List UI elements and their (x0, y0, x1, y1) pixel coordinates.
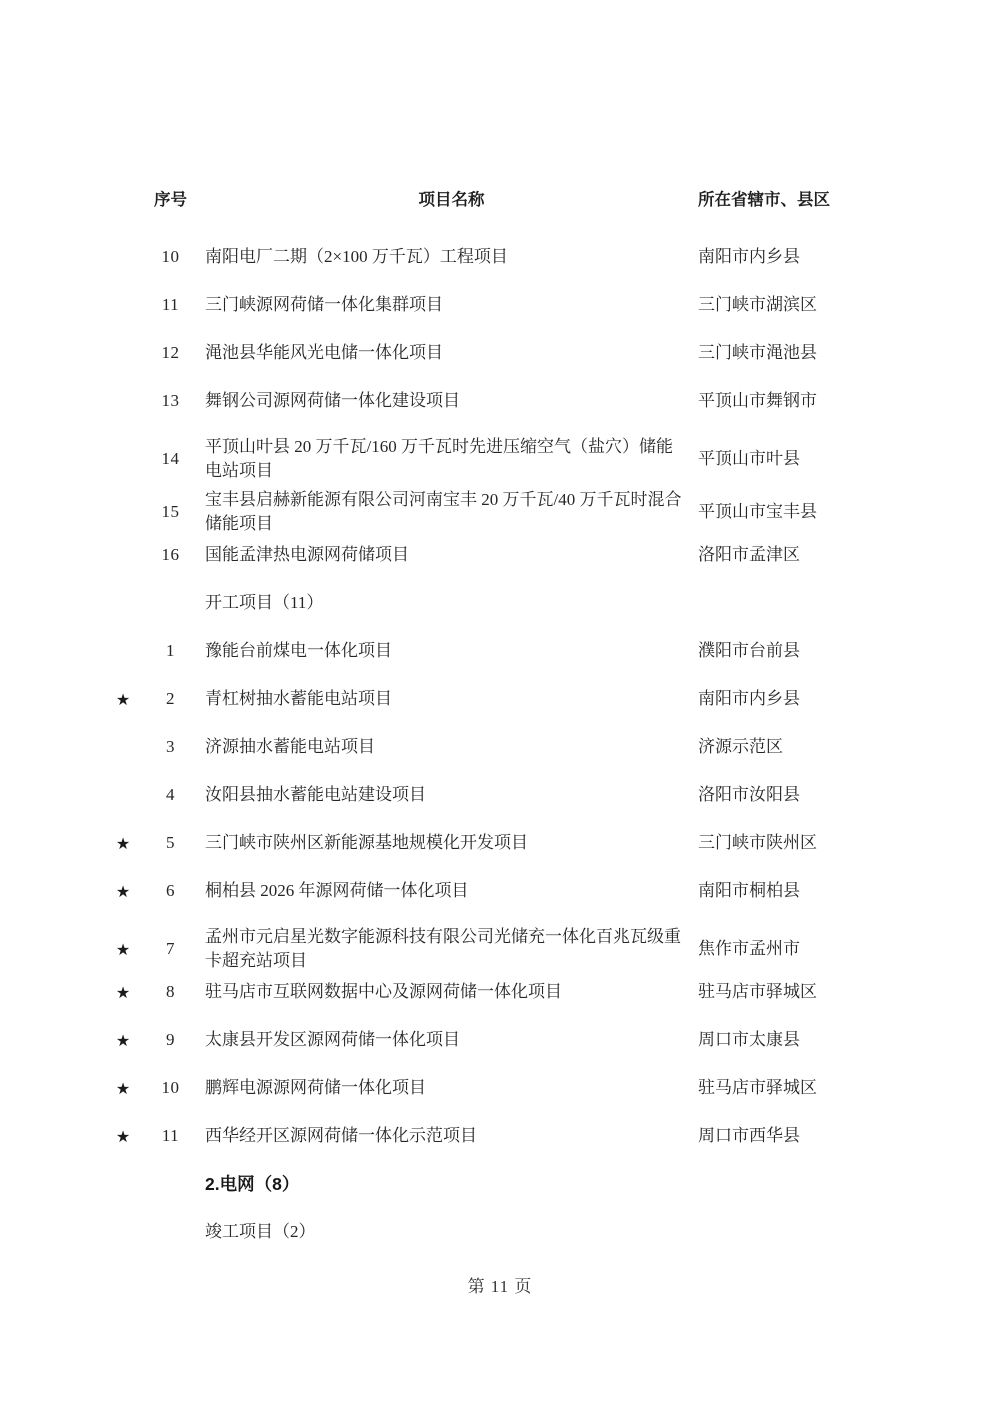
row-index: 14 (143, 449, 198, 469)
project-location: 南阳市内乡县 (698, 687, 905, 711)
project-location: 濮阳市台前县 (698, 639, 905, 663)
row-index: 15 (143, 502, 198, 522)
row-index: 2 (143, 689, 198, 709)
table-row: ★ 9 太康县开发区源网荷储一体化项目 周口市太康县 (103, 1026, 905, 1054)
project-name: 南阳电厂二期（2×100 万千瓦）工程项目 (198, 245, 698, 269)
table-row: ★ 8 驻马店市互联网数据中心及源网荷储一体化项目 驻马店市驿城区 (103, 978, 905, 1006)
row-index: 8 (143, 982, 198, 1002)
document-page: 序号 项目名称 所在省辖市、县区 10 南阳电厂二期（2×100 万千瓦）工程项… (0, 0, 1000, 1414)
project-name: 国能孟津热电源网荷储项目 (198, 543, 698, 567)
table-row: 14 平顶山叶县 20 万千瓦/160 万千瓦时先进压缩空气（盐穴）储能电站项目… (103, 435, 905, 483)
header-location: 所在省辖市、县区 (698, 186, 905, 210)
project-location: 平顶山市叶县 (698, 447, 905, 471)
row-index: 13 (143, 391, 198, 411)
row-index: 3 (143, 737, 198, 757)
project-name: 孟州市元启星光数字能源科技有限公司光储充一体化百兆瓦级重卡超充站项目 (198, 925, 698, 973)
page-footer: 第 11 页 (0, 1272, 1000, 1297)
project-location: 三门峡市渑池县 (698, 341, 905, 365)
table-row: 1 豫能台前煤电一体化项目 濮阳市台前县 (103, 637, 905, 665)
project-name: 宝丰县启赫新能源有限公司河南宝丰 20 万千瓦/40 万千瓦时混合储能项目 (198, 488, 698, 536)
row-index: 16 (143, 545, 198, 565)
project-name: 豫能台前煤电一体化项目 (198, 639, 698, 663)
project-name: 三门峡源网荷储一体化集群项目 (198, 293, 698, 317)
table-row: ★ 6 桐柏县 2026 年源网荷储一体化项目 南阳市桐柏县 (103, 877, 905, 905)
project-location: 洛阳市孟津区 (698, 543, 905, 567)
project-location: 平顶山市舞钢市 (698, 389, 905, 413)
row-index: 9 (143, 1030, 198, 1050)
table-row: 16 国能孟津热电源网荷储项目 洛阳市孟津区 (103, 541, 905, 569)
project-name: 渑池县华能风光电储一体化项目 (198, 341, 698, 365)
header-index: 序号 (143, 186, 198, 210)
project-name: 太康县开发区源网荷储一体化项目 (198, 1028, 698, 1052)
project-name: 西华经开区源网荷储一体化示范项目 (198, 1124, 698, 1148)
star-icon: ★ (103, 1127, 143, 1146)
project-location: 焦作市孟州市 (698, 937, 905, 961)
project-location: 三门峡市陕州区 (698, 831, 905, 855)
row-index: 10 (143, 247, 198, 267)
group-heading: 2.电网（8） (205, 1170, 905, 1198)
row-index: 7 (143, 939, 198, 959)
star-icon: ★ (103, 1031, 143, 1050)
project-location: 平顶山市宝丰县 (698, 500, 905, 524)
table-row: 13 舞钢公司源网荷储一体化建设项目 平顶山市舞钢市 (103, 387, 905, 415)
table-row: 3 济源抽水蓄能电站项目 济源示范区 (103, 733, 905, 761)
project-location: 驻马店市驿城区 (698, 980, 905, 1004)
project-table-body: 10 南阳电厂二期（2×100 万千瓦）工程项目 南阳市内乡县 11 三门峡源网… (103, 243, 905, 1246)
star-icon: ★ (103, 690, 143, 709)
star-icon: ★ (103, 834, 143, 853)
project-location: 济源示范区 (698, 735, 905, 759)
table-row: ★ 10 鹏辉电源源网荷储一体化项目 驻马店市驿城区 (103, 1074, 905, 1102)
group-heading: 竣工项目（2） (205, 1218, 905, 1246)
project-name: 汝阳县抽水蓄能电站建设项目 (198, 783, 698, 807)
row-index: 10 (143, 1078, 198, 1098)
project-name: 平顶山叶县 20 万千瓦/160 万千瓦时先进压缩空气（盐穴）储能电站项目 (198, 435, 698, 483)
row-index: 6 (143, 881, 198, 901)
table-row: 12 渑池县华能风光电储一体化项目 三门峡市渑池县 (103, 339, 905, 367)
table-row: 4 汝阳县抽水蓄能电站建设项目 洛阳市汝阳县 (103, 781, 905, 809)
header-project-name: 项目名称 (198, 186, 698, 210)
row-index: 11 (143, 295, 198, 315)
project-location: 南阳市桐柏县 (698, 879, 905, 903)
project-location: 周口市太康县 (698, 1028, 905, 1052)
table-row: 10 南阳电厂二期（2×100 万千瓦）工程项目 南阳市内乡县 (103, 243, 905, 271)
row-index: 4 (143, 785, 198, 805)
table-row: ★ 11 西华经开区源网荷储一体化示范项目 周口市西华县 (103, 1122, 905, 1150)
section-label: 开工项目（11） (205, 589, 905, 617)
project-location: 洛阳市汝阳县 (698, 783, 905, 807)
project-name: 鹏辉电源源网荷储一体化项目 (198, 1076, 698, 1100)
row-index: 11 (143, 1126, 198, 1146)
project-name: 三门峡市陕州区新能源基地规模化开发项目 (198, 831, 698, 855)
table-row: 15 宝丰县启赫新能源有限公司河南宝丰 20 万千瓦/40 万千瓦时混合储能项目… (103, 488, 905, 536)
project-name: 青杠树抽水蓄能电站项目 (198, 687, 698, 711)
project-location: 驻马店市驿城区 (698, 1076, 905, 1100)
project-location: 三门峡市湖滨区 (698, 293, 905, 317)
project-name: 驻马店市互联网数据中心及源网荷储一体化项目 (198, 980, 698, 1004)
star-icon: ★ (103, 1079, 143, 1098)
table-row: ★ 7 孟州市元启星光数字能源科技有限公司光储充一体化百兆瓦级重卡超充站项目 焦… (103, 925, 905, 973)
row-index: 12 (143, 343, 198, 363)
project-name: 舞钢公司源网荷储一体化建设项目 (198, 389, 698, 413)
row-index: 1 (143, 641, 198, 661)
star-icon: ★ (103, 983, 143, 1002)
project-location: 南阳市内乡县 (698, 245, 905, 269)
table-row: ★ 2 青杠树抽水蓄能电站项目 南阳市内乡县 (103, 685, 905, 713)
project-name: 济源抽水蓄能电站项目 (198, 735, 698, 759)
star-icon: ★ (103, 940, 143, 959)
project-location: 周口市西华县 (698, 1124, 905, 1148)
table-header-row: 序号 项目名称 所在省辖市、县区 (103, 184, 905, 212)
row-index: 5 (143, 833, 198, 853)
table-row: ★ 5 三门峡市陕州区新能源基地规模化开发项目 三门峡市陕州区 (103, 829, 905, 857)
project-name: 桐柏县 2026 年源网荷储一体化项目 (198, 879, 698, 903)
star-icon: ★ (103, 882, 143, 901)
table-row: 11 三门峡源网荷储一体化集群项目 三门峡市湖滨区 (103, 291, 905, 319)
